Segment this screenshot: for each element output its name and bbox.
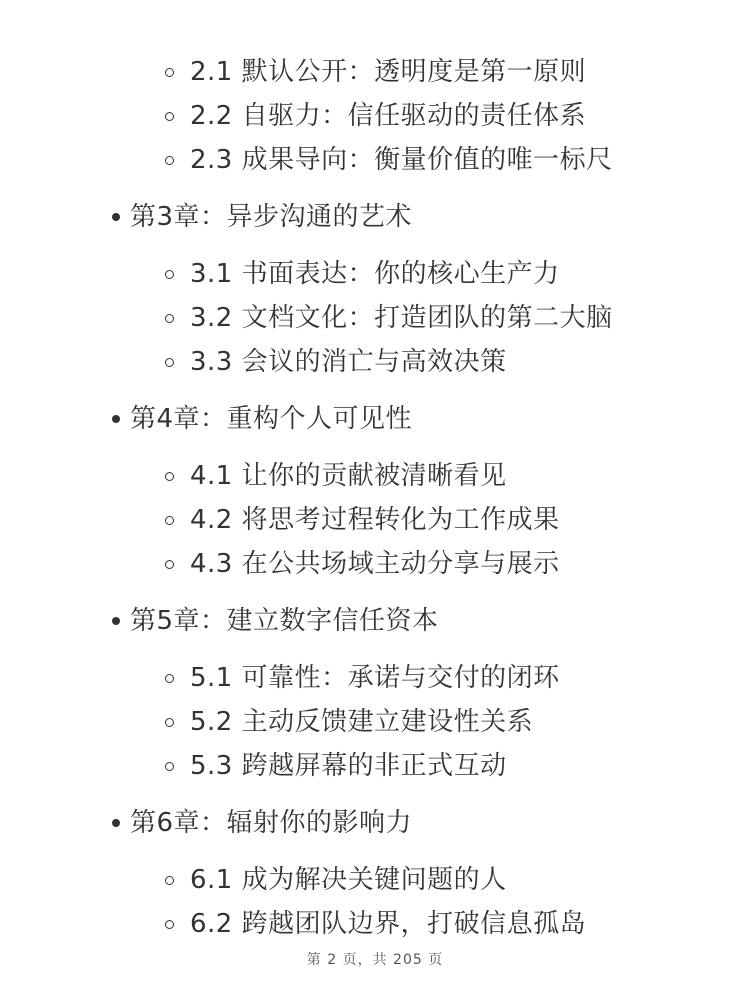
circle-bullet-icon [165,876,174,885]
circle-bullet-icon [165,68,174,77]
toc-section-label: 2.2 自驱力：信任驱动的责任体系 [190,94,586,138]
table-of-contents: 2.1 默认公开：透明度是第一原则 2.2 自驱力：信任驱动的责任体系 2.3 … [0,0,750,946]
toc-section-label: 4.1 让你的贡献被清晰看见 [190,454,507,498]
circle-bullet-icon [165,112,174,121]
toc-section-item: 3.2 文档文化：打造团队的第二大脑 [0,296,750,340]
toc-section-label: 3.2 文档文化：打造团队的第二大脑 [190,296,613,340]
toc-section-item: 3.1 书面表达：你的核心生产力 [0,252,750,296]
circle-bullet-icon [165,270,174,279]
toc-section-item: 5.2 主动反馈建立建设性关系 [0,700,750,744]
circle-bullet-icon [165,920,174,929]
toc-section-label: 6.1 成为解决关键问题的人 [190,858,507,902]
toc-section-item: 4.3 在公共场域主动分享与展示 [0,542,750,586]
toc-section-label: 3.3 会议的消亡与高效决策 [190,340,507,384]
toc-section-item: 4.2 将思考过程转化为工作成果 [0,498,750,542]
toc-section-item: 6.1 成为解决关键问题的人 [0,858,750,902]
toc-chapter-item: 第5章：建立数字信任资本 [0,599,750,643]
toc-section-item: 5.3 跨越屏幕的非正式互动 [0,744,750,788]
toc-chapter-item: 第3章：异步沟通的艺术 [0,195,750,239]
toc-section-label: 5.2 主动反馈建立建设性关系 [190,700,533,744]
toc-section-label: 5.1 可靠性：承诺与交付的闭环 [190,656,560,700]
circle-bullet-icon [165,762,174,771]
toc-chapter-label: 第3章：异步沟通的艺术 [130,195,412,239]
toc-section-label: 2.3 成果导向：衡量价值的唯一标尺 [190,138,613,182]
disc-bullet-icon [112,415,120,423]
disc-bullet-icon [112,819,120,827]
toc-chapter-label: 第6章：辐射你的影响力 [130,801,412,845]
circle-bullet-icon [165,718,174,727]
circle-bullet-icon [165,472,174,481]
circle-bullet-icon [165,674,174,683]
circle-bullet-icon [165,560,174,569]
disc-bullet-icon [112,213,120,221]
document-page: 2.1 默认公开：透明度是第一原则 2.2 自驱力：信任驱动的责任体系 2.3 … [0,0,750,1000]
toc-section-label: 4.3 在公共场域主动分享与展示 [190,542,560,586]
toc-section-item: 2.1 默认公开：透明度是第一原则 [0,50,750,94]
toc-section-item: 2.2 自驱力：信任驱动的责任体系 [0,94,750,138]
toc-chapter-label: 第5章：建立数字信任资本 [130,599,439,643]
circle-bullet-icon [165,516,174,525]
toc-section-label: 5.3 跨越屏幕的非正式互动 [190,744,507,788]
toc-section-item: 4.1 让你的贡献被清晰看见 [0,454,750,498]
toc-section-label: 6.2 跨越团队边界，打破信息孤岛 [190,902,586,946]
page-number-footer: 第 2 页，共 205 页 [0,949,750,969]
toc-section-label: 3.1 书面表达：你的核心生产力 [190,252,560,296]
toc-section-item: 2.3 成果导向：衡量价值的唯一标尺 [0,138,750,182]
toc-section-item: 5.1 可靠性：承诺与交付的闭环 [0,656,750,700]
disc-bullet-icon [112,617,120,625]
toc-section-item: 6.2 跨越团队边界，打破信息孤岛 [0,902,750,946]
toc-section-label: 4.2 将思考过程转化为工作成果 [190,498,560,542]
toc-chapter-item: 第6章：辐射你的影响力 [0,801,750,845]
toc-section-label: 2.1 默认公开：透明度是第一原则 [190,50,586,94]
toc-chapter-label: 第4章：重构个人可见性 [130,397,412,441]
toc-section-item: 3.3 会议的消亡与高效决策 [0,340,750,384]
circle-bullet-icon [165,358,174,367]
circle-bullet-icon [165,156,174,165]
circle-bullet-icon [165,314,174,323]
toc-chapter-item: 第4章：重构个人可见性 [0,397,750,441]
